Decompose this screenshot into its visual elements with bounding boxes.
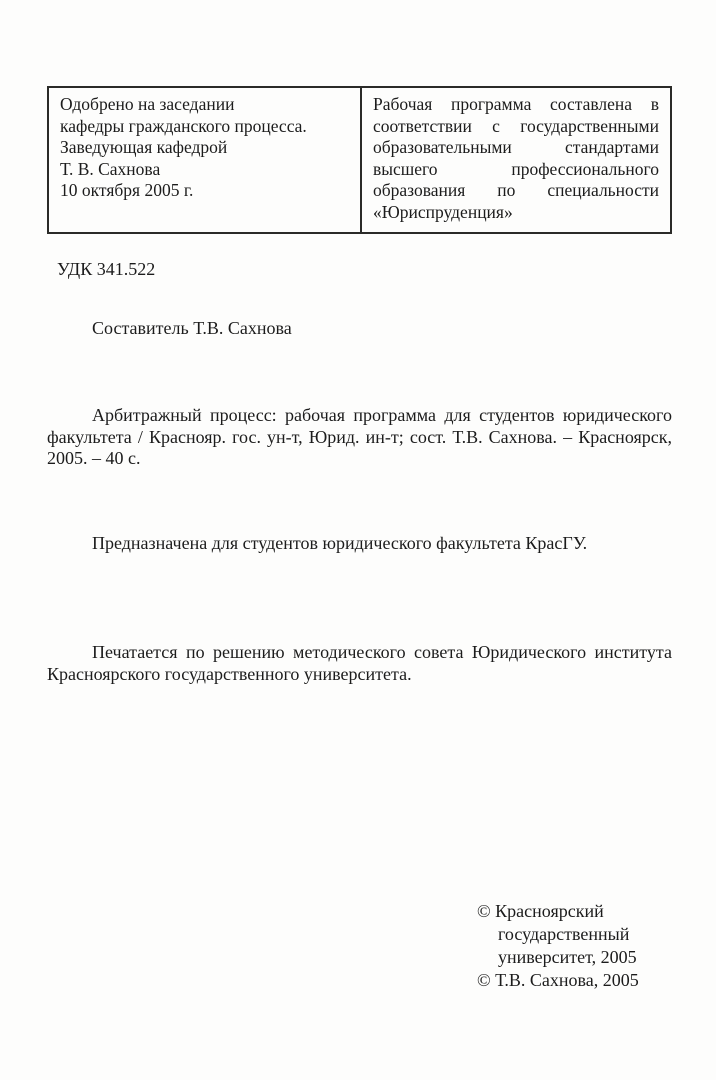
copyright-line: © Красноярский bbox=[477, 900, 677, 923]
copyright-line: © Т.В. Сахнова, 2005 bbox=[477, 969, 677, 992]
approval-left-cell: Одобрено на заседании кафедры гражданско… bbox=[49, 88, 362, 232]
approval-left-line: Одобрено на заседании bbox=[60, 94, 349, 116]
approval-table: Одобрено на заседании кафедры гражданско… bbox=[47, 86, 672, 234]
printing-note: Печатается по решению методического сове… bbox=[47, 642, 672, 685]
approval-left-line: кафедры гражданского процесса. bbox=[60, 116, 349, 138]
scanned-document-page: Одобрено на заседании кафедры гражданско… bbox=[0, 0, 716, 1080]
copyright-line: государственный bbox=[477, 923, 677, 946]
approval-right-cell: Рабочая программа составлена в соответст… bbox=[362, 88, 670, 232]
udc-code: УДК 341.522 bbox=[57, 259, 155, 280]
audience-note: Предназначена для студентов юридического… bbox=[47, 533, 672, 555]
copyright-line: университет, 2005 bbox=[477, 946, 677, 969]
approval-left-line: Заведующая кафедрой bbox=[60, 137, 349, 159]
approval-left-line: Т. В. Сахнова bbox=[60, 159, 349, 181]
approval-left-line: 10 октября 2005 г. bbox=[60, 180, 349, 202]
copyright-block: © Красноярский государственный университ… bbox=[477, 900, 677, 992]
bibliographic-description: Арбитражный процесс: рабочая программа д… bbox=[47, 405, 672, 470]
compiler-line: Составитель Т.В. Сахнова bbox=[92, 318, 292, 339]
